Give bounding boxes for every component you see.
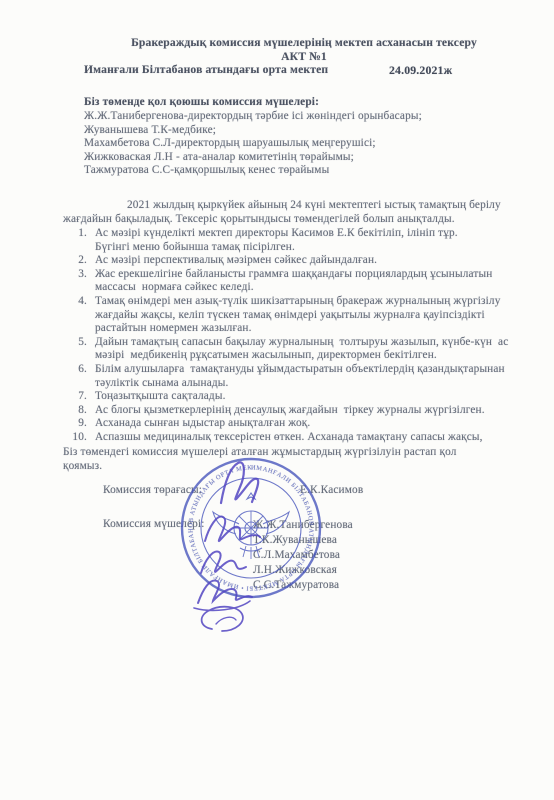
official-stamp: ИМАНҒАЛИ БІЛТАБАНОВ АТЫНДАҒЫ ОРТА МЕКТЕБ… bbox=[172, 449, 330, 607]
finding-number: 5. bbox=[63, 336, 87, 350]
finding-text: Жас ерекшелігіне байланысты граммға шаққ… bbox=[95, 268, 492, 294]
commission-members-list: Ж.Ж.Танибергенова-директордың тәрбие ісі… bbox=[84, 110, 422, 178]
finding-text: Ас мәзірі күнделікті мектеп директоры Ка… bbox=[95, 227, 458, 253]
finding-number: 6. bbox=[63, 363, 87, 377]
finding-item: 8.Ас блогы қызметкерлерінің денсаулық жа… bbox=[63, 404, 524, 418]
finding-text: Ас блогы қызметкерлерінің денсаулық жағд… bbox=[95, 404, 485, 416]
document-header: Бракераждық комиссия мүшелерінің мектеп … bbox=[84, 36, 524, 63]
finding-item: 6.Білім алушыларға тамақтануды ұйымдасты… bbox=[63, 363, 524, 390]
finding-text: Ас мәзірі перспективалық мәзірмен сәйкес… bbox=[95, 254, 377, 266]
document-title: Бракераждық комиссия мүшелерінің мектеп … bbox=[84, 36, 524, 50]
scanned-document-page: Бракераждық комиссия мүшелерінің мектеп … bbox=[0, 0, 554, 800]
document-date: 24.09.2021ж bbox=[389, 63, 452, 78]
finding-text: Білім алушыларға тамақтануды ұйымдастыра… bbox=[95, 363, 505, 389]
stamp-emblem bbox=[213, 493, 289, 559]
finding-item: 4.Тамақ өнімдері мен азық-түлік шикізатт… bbox=[63, 295, 524, 336]
commission-intro: Біз төменде қол қоюшы комиссия мүшелері: bbox=[84, 96, 319, 108]
intro-paragraph: 2021 жылдың қыркүйек айының 24 күні мект… bbox=[63, 199, 520, 226]
stamp-graphic: ИМАНҒАЛИ БІЛТАБАНОВ АТЫНДАҒЫ ОРТА МЕКТЕБ… bbox=[172, 449, 330, 607]
finding-item: 3.Жас ерекшелігіне байланысты граммға ша… bbox=[63, 268, 524, 295]
finding-text: Тамақ өнімдері мен азық-түлік шикізаттар… bbox=[95, 295, 501, 334]
finding-text: Асханада сынған ыдыстар анықталған жоқ. bbox=[95, 417, 310, 429]
finding-number: 3. bbox=[63, 268, 87, 282]
finding-number: 1. bbox=[63, 227, 87, 241]
finding-text: Дайын тамақтың сапасын бақылау журналыны… bbox=[95, 336, 508, 362]
finding-number: 7. bbox=[63, 390, 87, 404]
finding-number: 8. bbox=[63, 404, 87, 418]
finding-item: 9.Асханада сынған ыдыстар анықталған жоқ… bbox=[63, 417, 524, 431]
finding-item: 2.Ас мәзірі перспективалық мәзірмен сәйк… bbox=[63, 254, 524, 268]
finding-item: 1.Ас мәзірі күнделікті мектеп директоры … bbox=[63, 227, 524, 254]
finding-text: Аспазшы медициналық тексерістен өткен. А… bbox=[95, 431, 483, 443]
finding-number: 2. bbox=[63, 254, 87, 268]
finding-item: 10.Аспазшы медициналық тексерістен өткен… bbox=[63, 431, 524, 445]
school-name: Иманғали Білтабанов атындағы орта мектеп bbox=[84, 63, 328, 76]
finding-text: Тоңазытқышта сақталады. bbox=[95, 390, 226, 402]
findings-list: 1.Ас мәзірі күнделікті мектеп директоры … bbox=[63, 227, 524, 445]
finding-item: 5.Дайын тамақтың сапасын бақылау журналы… bbox=[63, 336, 524, 363]
finding-number: 10. bbox=[63, 431, 87, 445]
finding-number: 9. bbox=[63, 417, 87, 431]
act-number: АКТ №1 bbox=[84, 50, 524, 64]
finding-item: 7.Тоңазытқышта сақталады. bbox=[63, 390, 524, 404]
finding-number: 4. bbox=[63, 295, 87, 309]
